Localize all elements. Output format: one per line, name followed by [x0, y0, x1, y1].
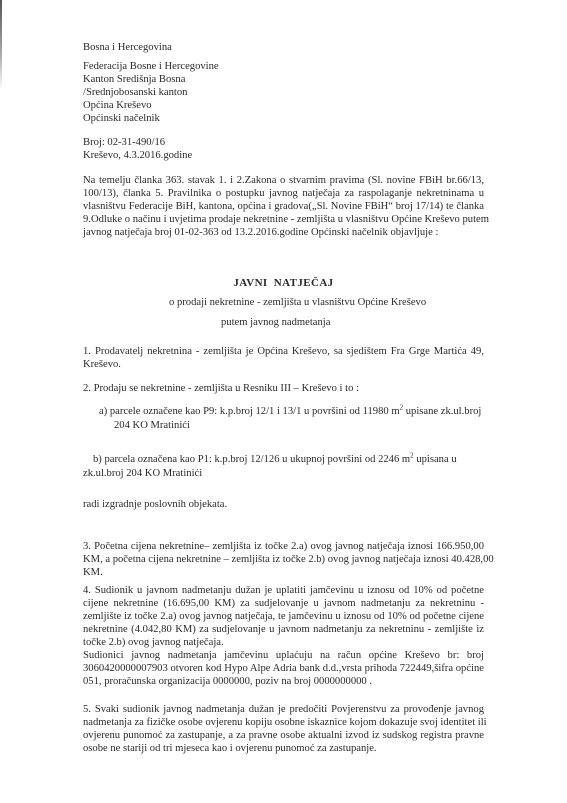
section-3-line: 3. Početna cijena nekretnine– zemljišta … [83, 540, 484, 553]
entity-line: Kanton Središnja Bosna [83, 74, 185, 85]
section-2b-text: upisana u [414, 454, 457, 465]
document-subtitle-2: putem javnog nadmetanja [221, 317, 330, 328]
section-1-line: 1. Prodavatelj nekretnina - zemljišta je… [83, 345, 484, 358]
document-number: Broj: 02-31-490/16 [83, 137, 165, 148]
section-3: 3. Početna cijena nekretnine– zemljišta … [83, 540, 484, 579]
section-1: 1. Prodavatelj nekretnina - zemljišta je… [83, 345, 484, 371]
section-4-line: Sudionici javnog nadmetanja jamčevinu up… [83, 649, 484, 662]
section-2a-line-2: 204 KO Mratinići [114, 420, 190, 431]
preamble-line: vlasništvu Federacije BiH, kantona, opći… [83, 200, 484, 213]
place-date: Kreševo, 4.3.2016.godine [83, 150, 192, 161]
section-4-line: 3060420000007903 otvoren kod Hypo Alpe A… [83, 662, 484, 675]
section-1-line: Kreševo. [83, 358, 484, 371]
entity-line: Općinski načelnik [83, 113, 160, 124]
section-4-line: 051, proračunska organizacija 0000000, p… [83, 675, 484, 688]
preamble-line: javnog natječaja broj 01-02-363 od 13.2.… [83, 226, 484, 239]
section-5-line: 5. Svaki sudionik javnog nadmetanja duža… [83, 703, 484, 716]
section-2-purpose: radi izgradnje poslovnih objekata. [83, 499, 227, 510]
section-4-line: točke 2.b) ovog javnog natječaja. [83, 636, 484, 649]
section-3-line: KM. [83, 566, 484, 579]
section-5-line: nadmetanja za fizičke osobe ovjerenu kop… [83, 716, 484, 729]
section-5-line: osobe ne stariji od tri mjeseca kao i ov… [83, 742, 484, 755]
section-4-line: 4. Sudionik u javnom nadmetanju dužan je… [83, 584, 484, 597]
entity-line: Federacija Bosne i Hercegovine [83, 61, 219, 72]
entity-line: /Srednjobosanski kanton [83, 87, 187, 98]
section-4-line: nekretnine (4.042,80 KM) za sudjelovanje… [83, 623, 484, 636]
section-2a-text: a) parcele označene kao P9: k.p.broj 12/… [99, 406, 400, 417]
section-2a-line: a) parcele označene kao P9: k.p.broj 12/… [99, 406, 481, 417]
entity-line: Općina Kreševo [83, 100, 152, 111]
section-4-line: zemljište iz točke 2.a) ovog javnog natj… [83, 610, 484, 623]
section-5: 5. Svaki sudionik javnog nadmetanja duža… [83, 703, 484, 755]
document-title: JAVNI NATJEČAJ [0, 277, 567, 289]
section-2b-text: b) parcela označena kao P1: k.p.broj 12/… [93, 454, 410, 465]
scan-edge [0, 0, 2, 90]
country-name: Bosna i Hercegovina [83, 42, 172, 53]
section-2b-line-2: zk.ul.broj 204 KO Mratinići [83, 468, 202, 479]
preamble-line: 9.Odluke o načinu i uvjetima prodaje nek… [83, 213, 484, 226]
section-4: 4. Sudionik u javnom nadmetanju dužan je… [83, 584, 484, 688]
preamble-paragraph: Na temelju članka 363. stavak 1. i 2.Zak… [83, 174, 484, 239]
section-2-intro: 2. Prodaju se nekretnine - zemljišta u R… [83, 383, 359, 394]
preamble-line: Na temelju članka 363. stavak 1. i 2.Zak… [83, 174, 484, 187]
section-2a-text: upisane zk.ul.broj [403, 406, 481, 417]
section-3-line: KM, a početna cijena nekretnine – zemlji… [83, 553, 484, 566]
section-4-line: cijene nekretnine (16.695,00 KM) za sudj… [83, 597, 484, 610]
section-5-line: ovjerenu punomoć za zastupanje, a za pra… [83, 729, 484, 742]
document-subtitle: o prodaji nekretnine - zemljišta u vlasn… [169, 297, 426, 308]
section-2b-line: b) parcela označena kao P1: k.p.broj 12/… [93, 454, 457, 465]
preamble-line: 100/13), članka 5. Pravilnika o postupku… [83, 187, 484, 200]
